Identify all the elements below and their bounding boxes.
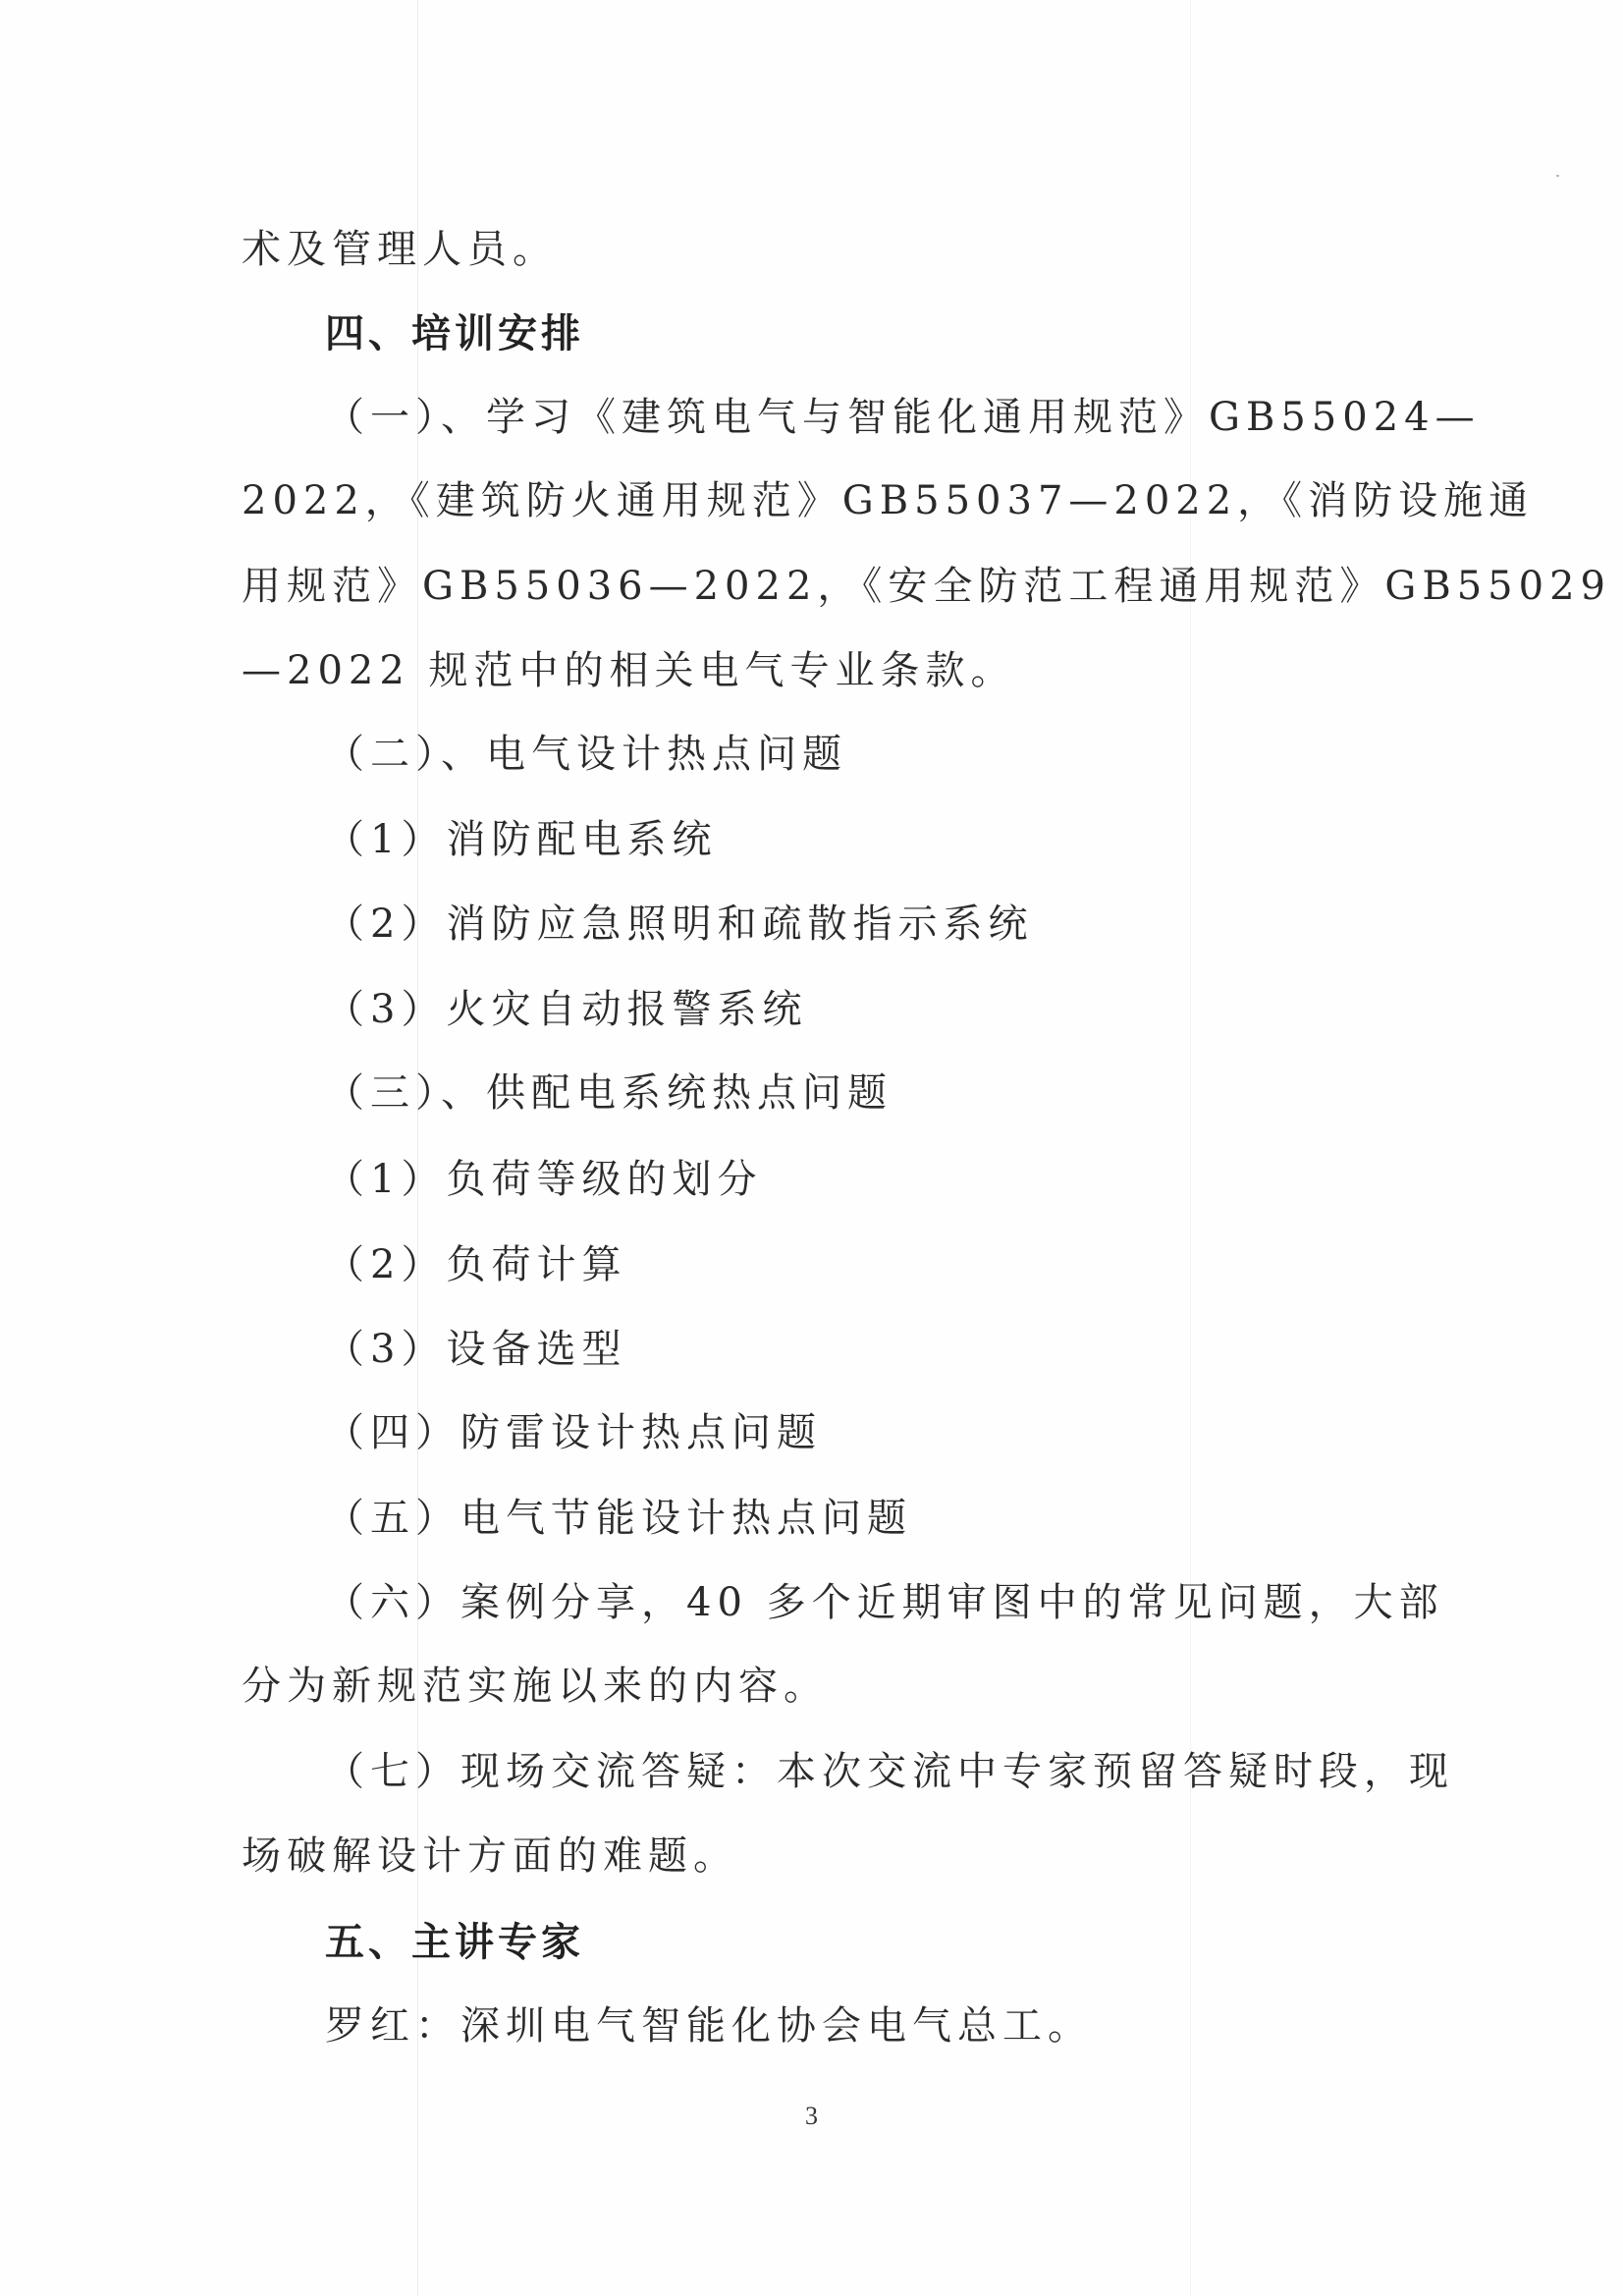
list-item: （2）负荷计算	[325, 1235, 1484, 1294]
list-item: （六）案例分享，40 多个近期审图中的常见问题，大部	[325, 1573, 1400, 1632]
list-item: （三）、供配电系统热点问题	[325, 1064, 1484, 1122]
paragraph-line: 术及管理人员。	[242, 220, 1400, 279]
list-item: （3）火灾自动报警系统	[325, 980, 1484, 1039]
list-item: （七）现场交流答疑：本次交流中专家预留答疑时段，现	[325, 1742, 1400, 1801]
list-item: （五）电气节能设计热点问题	[325, 1489, 1484, 1548]
section-heading-lecturers: 五、主讲专家	[325, 1913, 1484, 1972]
list-item: （3）设备选型	[325, 1320, 1484, 1379]
paragraph-line: 用规范》GB55036—2022，《安全防范工程通用规范》GB55029	[242, 557, 1400, 616]
paragraph-line: —2022 规范中的相关电气专业条款。	[242, 641, 1400, 700]
section-heading-training-arrangement: 四、培训安排	[325, 304, 1484, 363]
list-item: （1）负荷等级的划分	[325, 1150, 1484, 1209]
paragraph-line: 分为新规范实施以来的内容。	[242, 1657, 1400, 1716]
document-page: 术及管理人员。 四、培训安排 （一）、学习《建筑电气与智能化通用规范》GB550…	[0, 0, 1623, 2296]
list-item: （1）消防配电系统	[325, 810, 1484, 869]
paragraph-line: 2022，《建筑防火通用规范》GB55037—2022，《消防设施通	[242, 471, 1400, 530]
page-number: 3	[0, 2102, 1623, 2131]
list-item: （二）、电气设计热点问题	[325, 725, 1484, 784]
paragraph-line: 场破解设计方面的难题。	[242, 1827, 1400, 1886]
list-item: （四）防雷设计热点问题	[325, 1403, 1484, 1462]
list-item: （2）消防应急照明和疏散指示系统	[325, 895, 1484, 954]
lecturer-entry: 罗红：深圳电气智能化协会电气总工。	[325, 1996, 1484, 2055]
scan-speck	[1556, 175, 1559, 177]
paragraph-line: （一）、学习《建筑电气与智能化通用规范》GB55024—	[325, 388, 1400, 447]
